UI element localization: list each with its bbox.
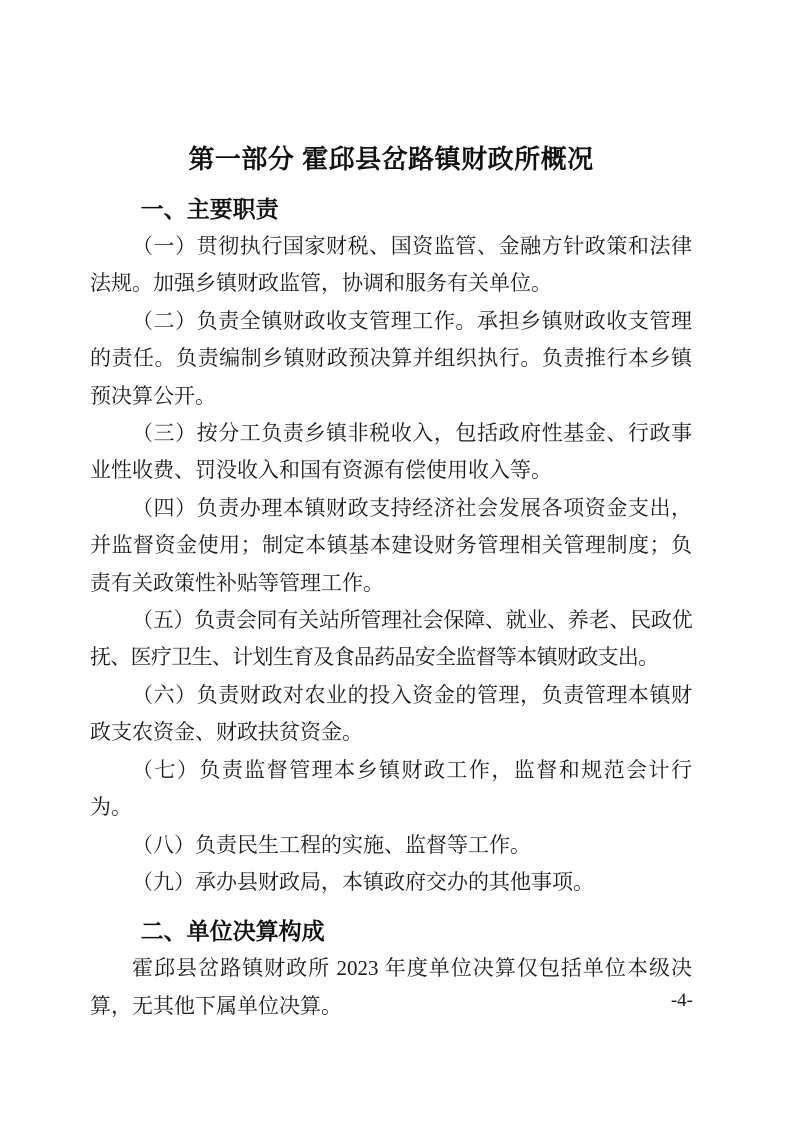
- paragraph-duty-9: （九）承办县财政局，本镇政府交办的其他事项。: [90, 864, 692, 901]
- document-title: 第一部分 霍邱县岔路镇财政所概况: [90, 139, 692, 179]
- paragraph-duty-3: （三）按分工负责乡镇非税收入，包括政府性基金、行政事业性收费、罚没收入和国有资源…: [90, 415, 692, 490]
- paragraph-unit-composition: 霍邱县岔路镇财政所 2023 年度单位决算仅包括单位本级决算，无其他下属单位决算…: [90, 950, 692, 1025]
- section-heading-unit-composition: 二、单位决算构成: [90, 913, 692, 950]
- section-heading-main-duties: 一、主要职责: [90, 191, 692, 228]
- paragraph-duty-7: （七）负责监督管理本乡镇财政工作，监督和规范会计行为。: [90, 752, 692, 827]
- paragraph-duty-1: （一）贯彻执行国家财税、国资监管、金融方针政策和法律法规。加强乡镇财政监管，协调…: [90, 228, 692, 303]
- paragraph-duty-5: （五）负责会同有关站所管理社会保障、就业、养老、民政优抚、医疗卫生、计划生育及食…: [90, 602, 692, 677]
- document-content: 第一部分 霍邱县岔路镇财政所概况 一、主要职责 （一）贯彻执行国家财税、国资监管…: [0, 139, 793, 1025]
- paragraph-duty-2: （二）负责全镇财政收支管理工作。承担乡镇财政收支管理的责任。负责编制乡镇财政预决…: [90, 303, 692, 415]
- paragraph-duty-6: （六）负责财政对农业的投入资金的管理，负责管理本镇财政支农资金、财政扶贫资金。: [90, 677, 692, 752]
- page-number: -4-: [671, 990, 693, 1012]
- document-page: 第一部分 霍邱县岔路镇财政所概况 一、主要职责 （一）贯彻执行国家财税、国资监管…: [0, 0, 793, 1122]
- paragraph-duty-8: （八）负责民生工程的实施、监督等工作。: [90, 827, 692, 864]
- paragraph-duty-4: （四）负责办理本镇财政支持经济社会发展各项资金支出，并监督资金使用；制定本镇基本…: [90, 490, 692, 602]
